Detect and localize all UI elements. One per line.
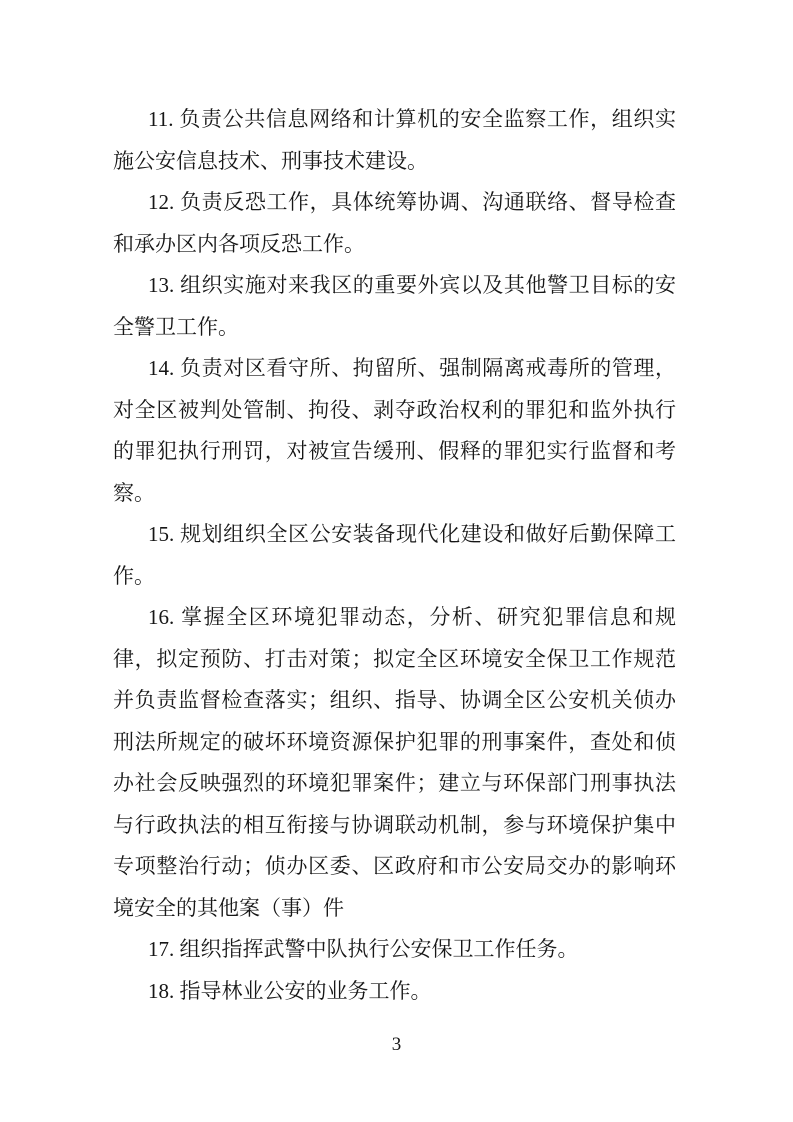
item-number: 15.	[148, 522, 180, 546]
numbered-item-13: 13. 组织实施对来我区的重要外宾以及其他警卫目标的安全警卫工作。	[113, 265, 676, 348]
item-text: 规划组织全区公安装备现代化建设和做好后勤保障工作。	[113, 522, 676, 588]
numbered-item-17: 17. 组织指挥武警中队执行公安保卫工作任务。	[113, 929, 676, 971]
item-number: 11.	[148, 107, 179, 131]
item-text: 指导林业公安的业务工作。	[180, 979, 432, 1003]
item-text: 组织实施对来我区的重要外宾以及其他警卫目标的安全警卫工作。	[113, 273, 676, 339]
item-text: 组织指挥武警中队执行公安保卫工作任务。	[180, 937, 579, 961]
item-number: 18.	[148, 979, 180, 1003]
item-text: 负责对区看守所、拘留所、强制隔离戒毒所的管理，对全区被判处管制、拘役、剥夺政治权…	[113, 356, 676, 505]
numbered-item-12: 12. 负责反恐工作，具体统筹协调、沟通联络、督导检查和承办区内各项反恐工作。	[113, 182, 676, 265]
document-body: 11. 负责公共信息网络和计算机的安全监察工作，组织实施公安信息技术、刑事技术建…	[113, 99, 676, 1012]
item-number: 12.	[148, 190, 180, 214]
item-text: 负责反恐工作，具体统筹协调、沟通联络、督导检查和承办区内各项反恐工作。	[113, 190, 676, 256]
item-number: 17.	[148, 937, 180, 961]
item-number: 16.	[148, 605, 181, 629]
document-page: 11. 负责公共信息网络和计算机的安全监察工作，组织实施公安信息技术、刑事技术建…	[0, 0, 793, 1122]
page-number: 3	[0, 1033, 793, 1057]
item-text: 负责公共信息网络和计算机的安全监察工作，组织实施公安信息技术、刑事技术建设。	[113, 107, 676, 173]
numbered-item-15: 15. 规划组织全区公安装备现代化建设和做好后勤保障工作。	[113, 514, 676, 597]
numbered-item-11: 11. 负责公共信息网络和计算机的安全监察工作，组织实施公安信息技术、刑事技术建…	[113, 99, 676, 182]
numbered-item-14: 14. 负责对区看守所、拘留所、强制隔离戒毒所的管理，对全区被判处管制、拘役、剥…	[113, 348, 676, 514]
numbered-item-18: 18. 指导林业公安的业务工作。	[113, 971, 676, 1013]
item-number: 14.	[148, 356, 180, 380]
item-number: 13.	[148, 273, 180, 297]
item-text: 掌握全区环境犯罪动态，分析、研究犯罪信息和规律，拟定预防、打击对策；拟定全区环境…	[113, 605, 676, 920]
numbered-item-16: 16. 掌握全区环境犯罪动态，分析、研究犯罪信息和规律，拟定预防、打击对策；拟定…	[113, 597, 676, 929]
